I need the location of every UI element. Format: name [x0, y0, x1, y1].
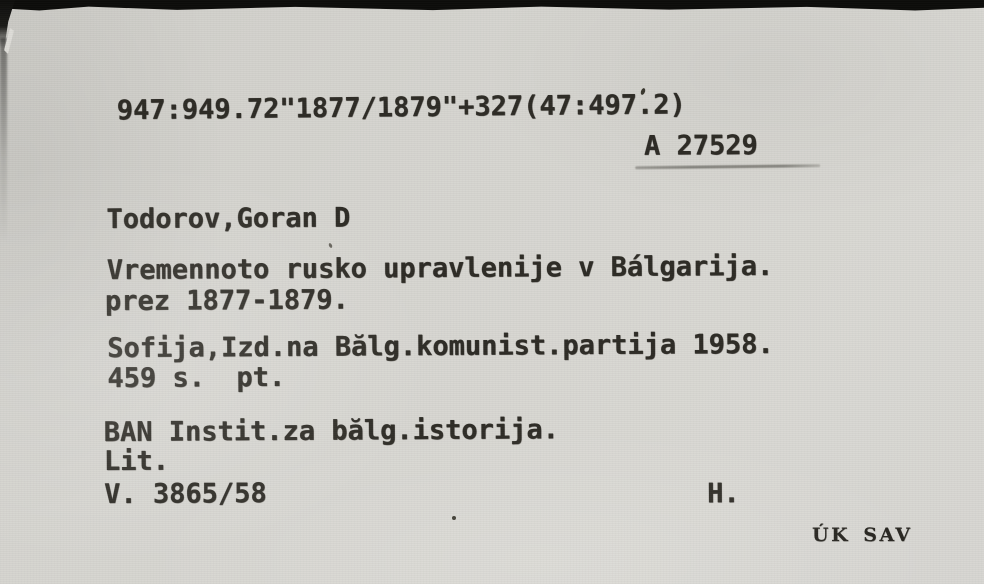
- cataloguer-initials: H.: [707, 480, 740, 507]
- author-heading: Todorov,Goran D: [106, 205, 350, 233]
- ink-speck: [452, 516, 456, 520]
- call-number: V. 3865/58: [104, 480, 267, 508]
- bibliography-note: Lit.: [104, 448, 169, 475]
- catalog-card-scan: 947:949.72"1877/1879"+327(47:497.2) A 27…: [0, 0, 984, 584]
- classification-number: 947:949.72"1877/1879"+327(47:497.2): [117, 91, 686, 124]
- typewritten-text-block: 947:949.72"1877/1879"+327(47:497.2) A 27…: [0, 0, 984, 584]
- title-line-1: Vremennoto rusko upravlenije v Bálgarija…: [107, 253, 774, 284]
- accession-number: A 27529: [644, 132, 758, 160]
- scan-shadow-streak: [0, 38, 7, 243]
- collation-note: pt.: [236, 364, 285, 391]
- imprint-line: Sofija,Izd.na Bălg.komunist.partija 1958…: [107, 331, 774, 362]
- accession-underline: [635, 164, 820, 169]
- collation-pages: 459 s.: [107, 364, 205, 392]
- series-note: BAN Instit.za bălg.istorija.: [104, 416, 559, 446]
- library-stamp: ÚK SAV: [812, 523, 913, 548]
- title-line-2: prez 1877-1879.: [105, 287, 349, 315]
